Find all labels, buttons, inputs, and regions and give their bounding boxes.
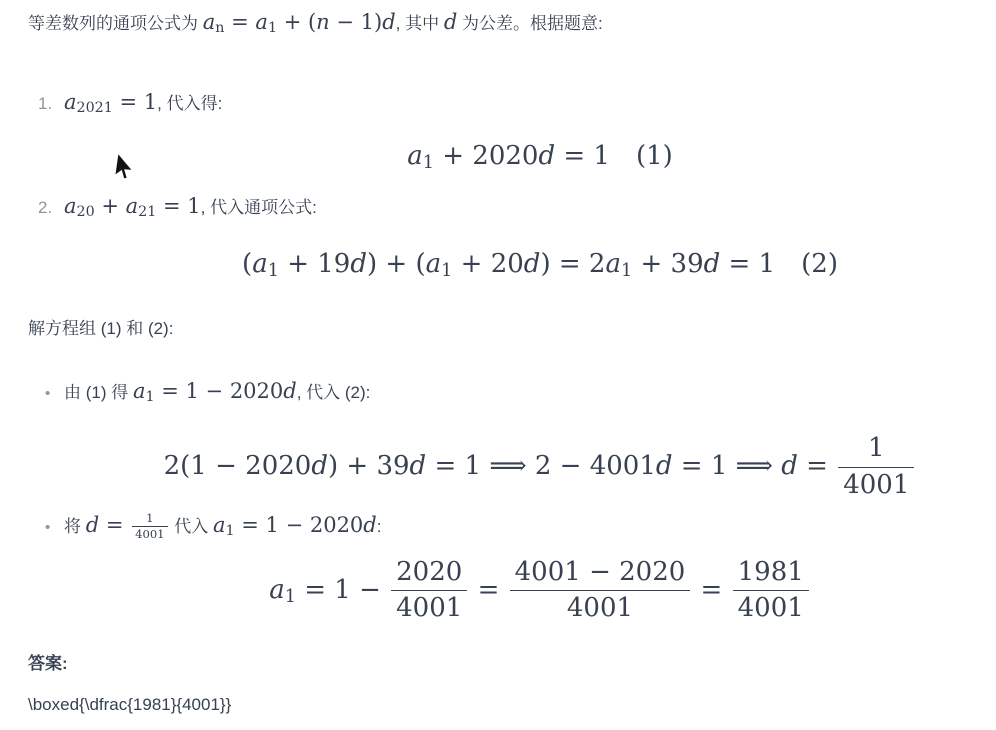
math-formula: a20 + a21 = 1 <box>64 194 201 218</box>
intro-paragraph: 等差数列的通项公式为 an = a1 + (n − 1)d, 其中 d 为公差。… <box>28 8 968 38</box>
fraction: 4001 − 20204001 <box>510 558 691 625</box>
text-run: 将 <box>64 517 86 536</box>
list-item-text: a20 + a21 = 1, 代入通项公式: <box>64 190 317 224</box>
numbered-item-2: 2.a20 + a21 = 1, 代入通项公式: <box>28 190 968 224</box>
bullet-marker: • <box>38 512 64 544</box>
text-run: \boxed{\dfrac{1981}{4001}} <box>28 695 231 714</box>
list-number-marker: 2. <box>38 192 64 224</box>
latex-source-line: \boxed{\dfrac{1981}{4001}} <box>28 691 968 719</box>
fraction: 14001 <box>132 512 167 540</box>
text-run: 代入 <box>170 517 213 536</box>
display-equation-1: a1 + 2020d = 1 (1) <box>70 138 996 174</box>
list-item-text: a2021 = 1, 代入得: <box>64 86 222 120</box>
list-item-text: 将 d = 14001 代入 a1 = 1 − 2020d: <box>64 509 381 543</box>
display-equation-3: 2(1 − 2020d) + 39d = 1 ⟹ 2 − 4001d = 1 ⟹… <box>70 434 996 501</box>
answer-content: 等差数列的通项公式为 an = a1 + (n − 1)d, 其中 d 为公差。… <box>0 0 996 719</box>
answer-label: 答案: <box>28 650 968 678</box>
display-equation-4: a1 = 1 − 20204001 = 4001 − 20204001 = 19… <box>70 558 996 625</box>
math-formula: (a1 + 19d) + (a1 + 20d) = 2a1 + 39d = 1 … <box>242 249 838 279</box>
mouse-cursor <box>113 153 136 182</box>
display-equation-2: (a1 + 19d) + (a1 + 20d) = 2a1 + 39d = 1 … <box>70 246 996 282</box>
solve-heading: 解方程组 (1) 和 (2): <box>28 315 968 343</box>
bullet-marker: • <box>38 378 64 410</box>
bullet-item-2: •将 d = 14001 代入 a1 = 1 − 2020d: <box>28 509 968 544</box>
math-formula: d = 14001 <box>86 513 170 537</box>
math-formula: a1 + 2020d = 1 (1) <box>407 141 673 171</box>
text-run: , 代入得: <box>157 94 222 113</box>
numbered-item-1: 1.a2021 = 1, 代入得: <box>28 86 968 120</box>
math-formula: a1 = 1 − 2020d <box>133 379 297 403</box>
text-run: 由 (1) 得 <box>64 383 133 402</box>
math-formula: 2(1 − 2020d) + 39d = 1 ⟹ 2 − 4001d = 1 ⟹… <box>164 451 917 481</box>
text-run: 为公差。根据题意: <box>457 14 602 33</box>
text-run: , 其中 <box>396 14 444 33</box>
text-run: 等差数列的通项公式为 <box>28 14 203 33</box>
text-run: : <box>377 517 382 536</box>
text-run: 解方程组 (1) 和 (2): <box>28 319 173 338</box>
text-run: 答案: <box>28 654 68 673</box>
fraction: 20204001 <box>391 558 467 625</box>
list-item-text: 由 (1) 得 a1 = 1 − 2020d, 代入 (2): <box>64 375 370 409</box>
fraction: 19814001 <box>733 558 809 625</box>
math-formula: an = a1 + (n − 1)d <box>203 10 396 34</box>
bullet-item-1: •由 (1) 得 a1 = 1 − 2020d, 代入 (2): <box>28 375 968 410</box>
fraction: 14001 <box>838 434 914 501</box>
list-number-marker: 1. <box>38 88 64 120</box>
text-run: , 代入通项公式: <box>201 198 317 217</box>
math-formula: d <box>444 10 457 34</box>
text-run: , 代入 (2): <box>297 383 371 402</box>
math-formula: a1 = 1 − 20204001 = 4001 − 20204001 = 19… <box>269 575 811 605</box>
math-formula: a2021 = 1 <box>64 90 157 114</box>
math-formula: a1 = 1 − 2020d <box>213 513 377 537</box>
